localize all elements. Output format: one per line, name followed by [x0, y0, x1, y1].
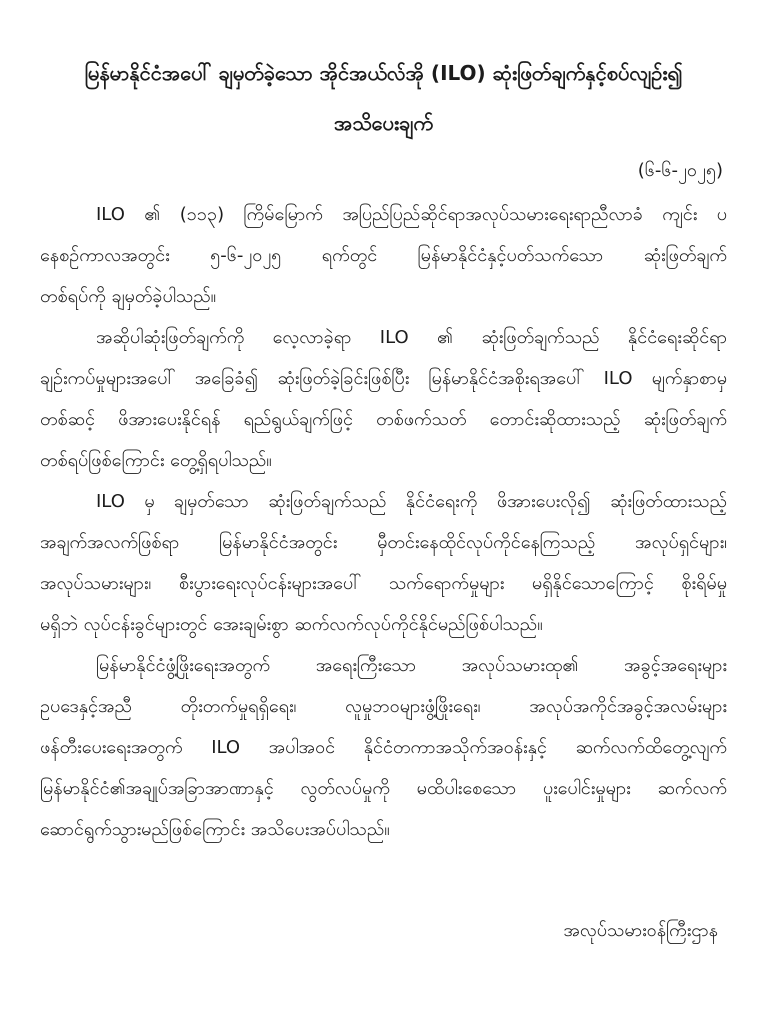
paragraph: အဆိုပါဆုံးဖြတ်ချက်ကို လေ့လာခဲ့ရာ ILO ၏ ဆ… — [40, 317, 727, 481]
paragraph-line: ဥပဒေနှင့်အညီ တိုးတက်မှုရရှိရေး၊ လူမှုဘဝမ… — [40, 686, 727, 727]
document-title-line-2: အသိပေးချက် — [40, 98, 727, 148]
paragraph-line: မြန်မာနိုင်ငံ၏အချုပ်အခြာအာဏာနှင့် လွတ်လပ… — [40, 768, 727, 809]
paragraph-line: မရှိဘဲ လုပ်ငန်းခွင်များတွင် အေးချမ်းစွာ … — [40, 604, 727, 645]
paragraph-line: တစ်ဆင့် ဖိအားပေးနိုင်ရန် ရည်ရွယ်ချက်ဖြင့… — [40, 399, 727, 440]
paragraph: ILO မှ ချမှတ်သော ဆုံးဖြတ်ချက်သည် နိုင်ငံ… — [40, 481, 727, 645]
document-date: (၆-၆-၂၀၂၅) — [40, 154, 723, 188]
paragraph-line: မြန်မာနိုင်ငံဖွံ့ဖြိုးရေးအတွက် အရေးကြီးသ… — [40, 645, 727, 686]
paragraph-line: ILO ၏ (၁၁၃) ကြိမ်မြောက် အပြည်ပြည်ဆိုင်ရာ… — [40, 194, 727, 235]
signature-line: အလုပ်သမားဝန်ကြီးဌာန — [40, 910, 727, 951]
document-body: ILO ၏ (၁၁၃) ကြိမ်မြောက် အပြည်ပြည်ဆိုင်ရာ… — [40, 194, 727, 850]
paragraph-line: အချက်အလက်ဖြစ်ရာ မြန်မာနိုင်ငံအတွင်း မှီတ… — [40, 522, 727, 563]
paragraph-line: နေစဉ်ကာလအတွင်း ၅-၆-၂၀၂၅ ရက်တွင် မြန်မာနိ… — [40, 235, 727, 276]
paragraph-line: တစ်ရပ်ကို ချမှတ်ခဲ့ပါသည်။ — [40, 276, 727, 317]
paragraph: ILO ၏ (၁၁၃) ကြိမ်မြောက် အပြည်ပြည်ဆိုင်ရာ… — [40, 194, 727, 317]
paragraph-line: ILO မှ ချမှတ်သော ဆုံးဖြတ်ချက်သည် နိုင်ငံ… — [40, 481, 727, 522]
paragraph-line: ဆောင်ရွက်သွားမည်ဖြစ်ကြောင်း အသိပေးအပ်ပါသ… — [40, 809, 727, 850]
paragraph: မြန်မာနိုင်ငံဖွံ့ဖြိုးရေးအတွက် အရေးကြီးသ… — [40, 645, 727, 850]
paragraph-line: အဆိုပါဆုံးဖြတ်ချက်ကို လေ့လာခဲ့ရာ ILO ၏ ဆ… — [40, 317, 727, 358]
paragraph-line: ဖန်တီးပေးရေးအတွက် ILO အပါအဝင် နိုင်ငံတကာ… — [40, 727, 727, 768]
paragraph-line: တစ်ရပ်ဖြစ်ကြောင်း တွေ့ရှိရပါသည်။ — [40, 440, 727, 481]
paragraph-line: ချဉ်းကပ်မှုများအပေါ် အခြေခံ၍ ဆုံးဖြတ်ခဲ့… — [40, 358, 727, 399]
document-title: မြန်မာနိုင်ငံအပေါ် ချမှတ်ခဲ့သော အိုင်အယ်… — [40, 48, 727, 148]
document-page: မြန်မာနိုင်ငံအပေါ် ချမှတ်ခဲ့သော အိုင်အယ်… — [0, 0, 768, 1024]
document-title-line-1: မြန်မာနိုင်ငံအပေါ် ချမှတ်ခဲ့သော အိုင်အယ်… — [40, 48, 727, 98]
paragraph-line: အလုပ်သမားများ၊ စီးပွားရေးလုပ်ငန်းများအပေ… — [40, 563, 727, 604]
